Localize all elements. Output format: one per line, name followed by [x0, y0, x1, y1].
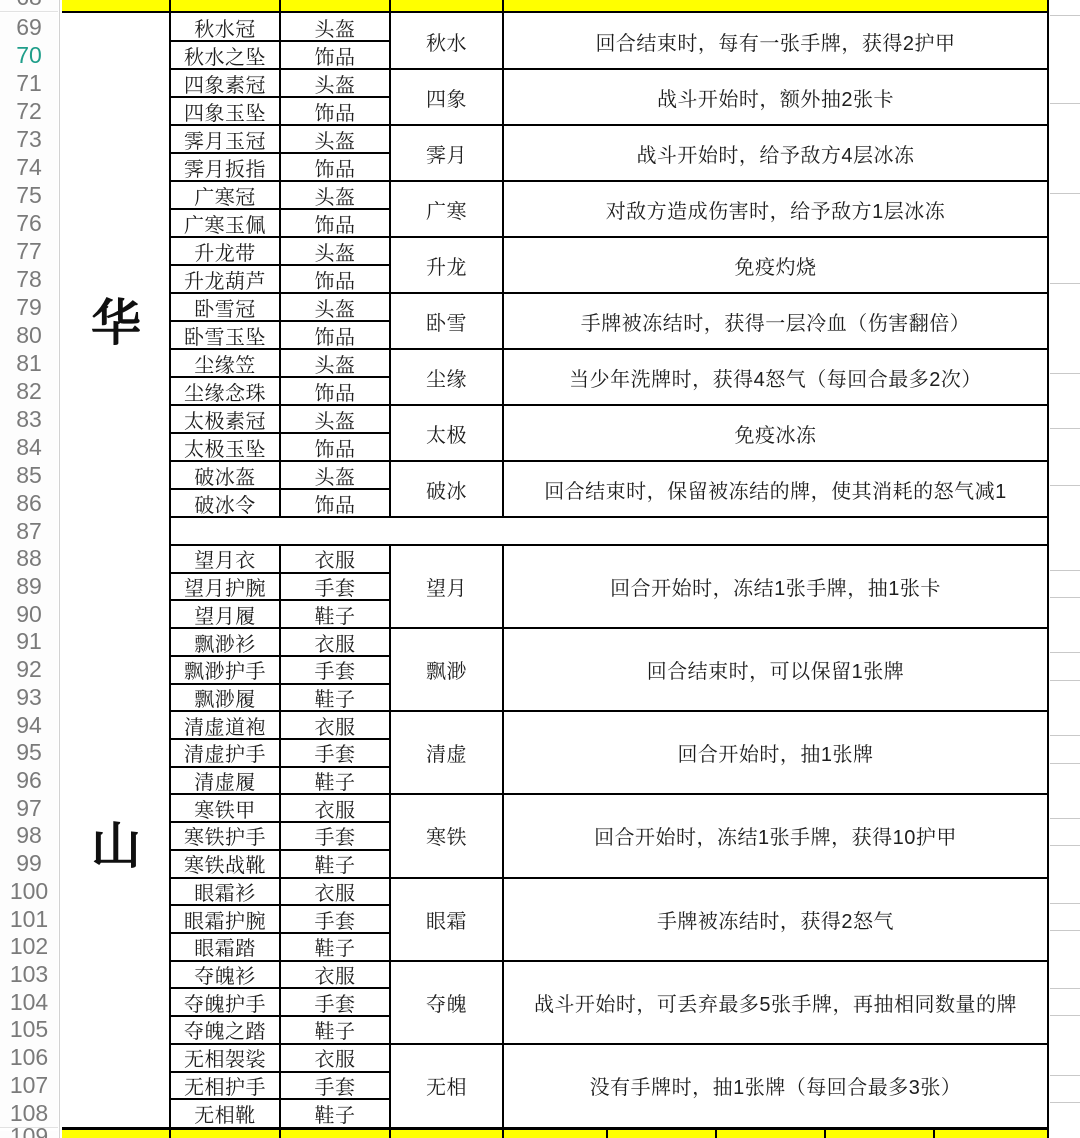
- item-name-cell[interactable]: 望月衣: [170, 545, 280, 573]
- row-header[interactable]: 83: [0, 405, 58, 434]
- item-name-cell[interactable]: 太极素冠: [170, 405, 280, 433]
- item-name-cell[interactable]: 飘渺履: [170, 684, 280, 712]
- item-row-border: [170, 320, 390, 322]
- item-name-cell[interactable]: 太极玉坠: [170, 433, 280, 461]
- gridline: [1050, 428, 1080, 429]
- gridline: [1050, 1102, 1080, 1103]
- item-slot-cell[interactable]: 鞋子: [280, 1016, 390, 1044]
- item-row-border: [170, 264, 390, 266]
- strip-cell-border: [715, 1130, 717, 1138]
- item-slot-cell[interactable]: 鞋子: [280, 684, 390, 712]
- row-header[interactable]: 75: [0, 181, 58, 210]
- gridline: [1050, 903, 1080, 904]
- item-name-cell[interactable]: 尘缘念珠: [170, 377, 280, 405]
- set-effect-cell[interactable]: 回合结束时，每有一张手牌，获得2护甲: [503, 13, 1048, 69]
- row-header[interactable]: 86: [0, 489, 58, 518]
- gridline: [1050, 570, 1080, 571]
- item-row-border: [170, 376, 390, 378]
- item-slot-cell[interactable]: 头盔: [280, 13, 390, 41]
- item-slot-cell[interactable]: 衣服: [280, 545, 390, 573]
- section-header-strip-top[interactable]: [62, 0, 1048, 11]
- item-row-border: [170, 152, 390, 154]
- row-header[interactable]: 70: [0, 41, 58, 70]
- item-slot-cell[interactable]: 饰品: [280, 209, 390, 237]
- item-name-cell[interactable]: 霁月扳指: [170, 153, 280, 181]
- set-name-cell[interactable]: 太极: [390, 405, 503, 461]
- gridline: [1050, 193, 1080, 194]
- set-effect-cell[interactable]: 对敌方造成伤害时，给予敌方1层冰冻: [503, 181, 1048, 237]
- item-slot-cell[interactable]: 衣服: [280, 794, 390, 822]
- item-row-border: [170, 1015, 390, 1017]
- item-slot-cell[interactable]: 手套: [280, 739, 390, 767]
- row-header[interactable]: 107: [0, 1072, 58, 1101]
- row-header[interactable]: 93: [0, 684, 58, 713]
- item-slot-cell[interactable]: 手套: [280, 822, 390, 850]
- item-name-cell[interactable]: 飘渺衫: [170, 628, 280, 656]
- set-effect-cell[interactable]: 战斗开始时，可丢弃最多5张手牌，再抽相同数量的牌: [503, 961, 1048, 1044]
- item-name-cell[interactable]: 破冰盔: [170, 461, 280, 489]
- strip-cell-border: [933, 1130, 935, 1138]
- item-slot-cell[interactable]: 头盔: [280, 69, 390, 97]
- row-header[interactable]: 72: [0, 97, 58, 126]
- row-header[interactable]: 82: [0, 377, 58, 406]
- item-name-cell[interactable]: 眼霜衫: [170, 878, 280, 906]
- set-effect-cell[interactable]: 手牌被冻结时，获得一层冷血（伤害翻倍）: [503, 293, 1048, 349]
- item-name-cell[interactable]: 寒铁护手: [170, 822, 280, 850]
- item-slot-cell[interactable]: 饰品: [280, 433, 390, 461]
- item-name-cell[interactable]: 广寒冠: [170, 181, 280, 209]
- item-name-cell[interactable]: 四象素冠: [170, 69, 280, 97]
- row-header[interactable]: 78: [0, 265, 58, 294]
- item-name-cell[interactable]: 尘缘笠: [170, 349, 280, 377]
- strip-cell-border: [169, 1130, 171, 1138]
- set-effect-cell[interactable]: 战斗开始时，额外抽2张卡: [503, 69, 1048, 125]
- row-header[interactable]: 98: [0, 822, 58, 851]
- item-row-border: [170, 849, 390, 851]
- set-effect-cell[interactable]: 战斗开始时，给予敌方4层冰冻: [503, 125, 1048, 181]
- item-slot-cell[interactable]: 鞋子: [280, 767, 390, 795]
- item-slot-cell[interactable]: 手套: [280, 905, 390, 933]
- item-slot-cell[interactable]: 饰品: [280, 97, 390, 125]
- row-header[interactable]: 106: [0, 1044, 58, 1073]
- gridline: [1050, 845, 1080, 846]
- item-name-cell[interactable]: 飘渺护手: [170, 656, 280, 684]
- set-name-cell[interactable]: 飘渺: [390, 628, 503, 711]
- set-effect-cell[interactable]: 回合结束时，保留被冻结的牌，使其消耗的怒气减1: [503, 461, 1048, 517]
- gridline: [1050, 930, 1080, 931]
- item-slot-cell[interactable]: 饰品: [280, 489, 390, 517]
- item-name-cell[interactable]: 望月履: [170, 600, 280, 628]
- item-slot-cell[interactable]: 衣服: [280, 711, 390, 739]
- item-name-cell[interactable]: 秋水冠: [170, 13, 280, 41]
- item-row-border: [170, 766, 390, 768]
- row-header[interactable]: 95: [0, 739, 58, 768]
- item-name-cell[interactable]: 卧雪玉坠: [170, 321, 280, 349]
- set-effect-cell[interactable]: 手牌被冻结时，获得2怒气: [503, 878, 1048, 961]
- set-name-cell[interactable]: 望月: [390, 545, 503, 628]
- gridline: [1050, 652, 1080, 653]
- set-name-cell[interactable]: 秋水: [390, 13, 503, 69]
- item-slot-cell[interactable]: 衣服: [280, 1044, 390, 1072]
- item-name-cell[interactable]: 破冰令: [170, 489, 280, 517]
- row-header[interactable]: 92: [0, 656, 58, 685]
- row-header[interactable]: 101: [0, 905, 58, 934]
- item-row-border: [170, 1098, 390, 1100]
- set-name-cell[interactable]: 尘缘: [390, 349, 503, 405]
- item-name-cell[interactable]: 清虚履: [170, 767, 280, 795]
- item-name-cell[interactable]: 清虚护手: [170, 739, 280, 767]
- item-slot-cell[interactable]: 衣服: [280, 878, 390, 906]
- row-header[interactable]: 97: [0, 794, 58, 823]
- gridline: [1050, 680, 1080, 681]
- set-effect-cell[interactable]: 回合结束时，可以保留1张牌: [503, 628, 1048, 711]
- item-row-border: [170, 599, 390, 601]
- row-header[interactable]: 87: [0, 517, 58, 546]
- gridline: [1050, 15, 1080, 16]
- item-row-border: [170, 432, 390, 434]
- item-slot-cell[interactable]: 头盔: [280, 405, 390, 433]
- set-name-cell[interactable]: 霁月: [390, 125, 503, 181]
- item-row-border: [170, 932, 390, 934]
- set-name-cell[interactable]: 破冰: [390, 461, 503, 517]
- gridline: [1050, 1015, 1080, 1016]
- row-header[interactable]: 94: [0, 711, 58, 740]
- item-row-border: [170, 821, 390, 823]
- row-header[interactable]: 104: [0, 988, 58, 1017]
- set-effect-cell[interactable]: 回合开始时，冻结1张手牌，抽1张卡: [503, 545, 1048, 628]
- item-slot-cell[interactable]: 头盔: [280, 181, 390, 209]
- item-slot-cell[interactable]: 衣服: [280, 628, 390, 656]
- item-slot-cell[interactable]: 衣服: [280, 961, 390, 989]
- item-slot-cell[interactable]: 鞋子: [280, 1099, 390, 1127]
- item-slot-cell[interactable]: 鞋子: [280, 933, 390, 961]
- item-row-border: [170, 488, 390, 490]
- row-header[interactable]: 88: [0, 545, 58, 574]
- gridline: [1050, 1075, 1080, 1076]
- group-border: [170, 516, 1048, 518]
- item-slot-cell[interactable]: 鞋子: [280, 850, 390, 878]
- gridline: [1050, 818, 1080, 819]
- row-header[interactable]: 91: [0, 628, 58, 657]
- item-slot-cell[interactable]: 手套: [280, 1072, 390, 1100]
- row-header[interactable]: 73: [0, 125, 58, 154]
- set-effect-cell[interactable]: 免疫灼烧: [503, 237, 1048, 293]
- item-name-cell[interactable]: 夺魄之踏: [170, 1016, 280, 1044]
- row-header[interactable]: 100: [0, 878, 58, 907]
- set-name-cell[interactable]: 寒铁: [390, 794, 503, 877]
- set-name-cell[interactable]: 广寒: [390, 181, 503, 237]
- gridline: [1050, 988, 1080, 989]
- item-name-cell[interactable]: 清虚道袍: [170, 711, 280, 739]
- row-header-clipped[interactable]: 109: [0, 1131, 58, 1138]
- item-name-cell[interactable]: 秋水之坠: [170, 41, 280, 69]
- item-row-border: [170, 1071, 390, 1073]
- item-slot-cell[interactable]: 饰品: [280, 377, 390, 405]
- strip-cell-border: [502, 1130, 504, 1138]
- item-row-border: [170, 572, 390, 574]
- item-name-cell[interactable]: 眼霜护腕: [170, 905, 280, 933]
- item-row-border: [170, 904, 390, 906]
- set-name-cell[interactable]: 清虚: [390, 711, 503, 794]
- region-cell[interactable]: [62, 13, 170, 1127]
- gridline: [1050, 597, 1080, 598]
- item-slot-cell[interactable]: 手套: [280, 988, 390, 1016]
- item-name-cell[interactable]: 升龙带: [170, 237, 280, 265]
- section-header-strip-bottom[interactable]: [62, 1130, 1048, 1138]
- strip-cell-border: [389, 1130, 391, 1138]
- gridline: [1050, 763, 1080, 764]
- item-slot-cell[interactable]: 头盔: [280, 237, 390, 265]
- item-name-cell[interactable]: 夺魄衫: [170, 961, 280, 989]
- item-slot-cell[interactable]: 头盔: [280, 349, 390, 377]
- set-effect-cell[interactable]: 免疫冰冻: [503, 405, 1048, 461]
- set-effect-cell[interactable]: 当少年洗牌时，获得4怒气（每回合最多2次）: [503, 349, 1048, 405]
- row-header[interactable]: 84: [0, 433, 58, 462]
- row-header[interactable]: 81: [0, 349, 58, 378]
- region-char-hua: 华: [62, 283, 170, 355]
- row-header[interactable]: 79: [0, 293, 58, 322]
- gridline: [1050, 735, 1080, 736]
- item-name-cell[interactable]: 升龙葫芦: [170, 265, 280, 293]
- item-name-cell[interactable]: 寒铁战靴: [170, 850, 280, 878]
- set-name-cell[interactable]: 卧雪: [390, 293, 503, 349]
- item-slot-cell[interactable]: 头盔: [280, 461, 390, 489]
- set-name-cell[interactable]: 眼霜: [390, 878, 503, 961]
- gridline: [1050, 373, 1080, 374]
- row-header[interactable]: 71: [0, 69, 58, 98]
- strip-cell-border: [606, 1130, 608, 1138]
- item-slot-cell[interactable]: 饰品: [280, 153, 390, 181]
- row-header[interactable]: 77: [0, 237, 58, 266]
- item-slot-cell[interactable]: 手套: [280, 573, 390, 601]
- row-header[interactable]: 90: [0, 600, 58, 629]
- set-name-cell[interactable]: 升龙: [390, 237, 503, 293]
- item-name-cell[interactable]: 四象玉坠: [170, 97, 280, 125]
- item-slot-cell[interactable]: 头盔: [280, 293, 390, 321]
- row-header[interactable]: 103: [0, 961, 58, 990]
- set-name-cell[interactable]: 无相: [390, 1044, 503, 1127]
- gridline: [1050, 103, 1080, 104]
- set-effect-cell[interactable]: 没有手牌时，抽1张牌（每回合最多3张）: [503, 1044, 1048, 1127]
- spreadsheet-viewport: 6869707172737475767778798081828384858687…: [0, 0, 1080, 1138]
- item-slot-cell[interactable]: 饰品: [280, 41, 390, 69]
- item-name-cell[interactable]: 夺魄护手: [170, 988, 280, 1016]
- row-header[interactable]: 76: [0, 209, 58, 238]
- set-effect-cell[interactable]: 回合开始时，冻结1张手牌，获得10护甲: [503, 794, 1048, 877]
- row-header[interactable]: 80: [0, 321, 58, 350]
- item-slot-cell[interactable]: 饰品: [280, 321, 390, 349]
- strip-cell-border: [824, 1130, 826, 1138]
- row-header[interactable]: 96: [0, 767, 58, 796]
- item-row-border: [170, 987, 390, 989]
- item-slot-cell[interactable]: 鞋子: [280, 600, 390, 628]
- item-name-cell[interactable]: 广寒玉佩: [170, 209, 280, 237]
- row-header-divider: [59, 0, 60, 1138]
- region-char-shan: 山: [62, 806, 170, 878]
- item-name-cell[interactable]: 霁月玉冠: [170, 125, 280, 153]
- item-name-cell[interactable]: 无相袈裟: [170, 1044, 280, 1072]
- row-header[interactable]: 99: [0, 850, 58, 879]
- item-name-cell[interactable]: 无相靴: [170, 1099, 280, 1127]
- item-slot-cell[interactable]: 手套: [280, 656, 390, 684]
- set-effect-cell[interactable]: 回合开始时，抽1张牌: [503, 711, 1048, 794]
- strip-cell-border: [279, 1130, 281, 1138]
- set-name-cell[interactable]: 四象: [390, 69, 503, 125]
- item-row-border: [170, 40, 390, 42]
- item-name-cell[interactable]: 望月护腕: [170, 573, 280, 601]
- item-name-cell[interactable]: 眼霜踏: [170, 933, 280, 961]
- row-header[interactable]: 102: [0, 933, 58, 962]
- row-header[interactable]: 89: [0, 573, 58, 602]
- item-slot-cell[interactable]: 头盔: [280, 125, 390, 153]
- gridline: [1050, 485, 1080, 486]
- row-header[interactable]: 105: [0, 1016, 58, 1045]
- row-header[interactable]: 85: [0, 461, 58, 490]
- gridline: [1050, 283, 1080, 284]
- item-row-border: [170, 208, 390, 210]
- item-row-border: [170, 96, 390, 98]
- item-row-border: [170, 738, 390, 740]
- item-name-cell[interactable]: 无相护手: [170, 1072, 280, 1100]
- item-name-cell[interactable]: 卧雪冠: [170, 293, 280, 321]
- row-header[interactable]: 69: [0, 13, 58, 42]
- item-row-border: [170, 655, 390, 657]
- row-header[interactable]: 74: [0, 153, 58, 182]
- set-name-cell[interactable]: 夺魄: [390, 961, 503, 1044]
- item-slot-cell[interactable]: 饰品: [280, 265, 390, 293]
- row-header-clipped[interactable]: 68: [0, 0, 58, 12]
- item-row-border: [170, 683, 390, 685]
- item-name-cell[interactable]: 寒铁甲: [170, 794, 280, 822]
